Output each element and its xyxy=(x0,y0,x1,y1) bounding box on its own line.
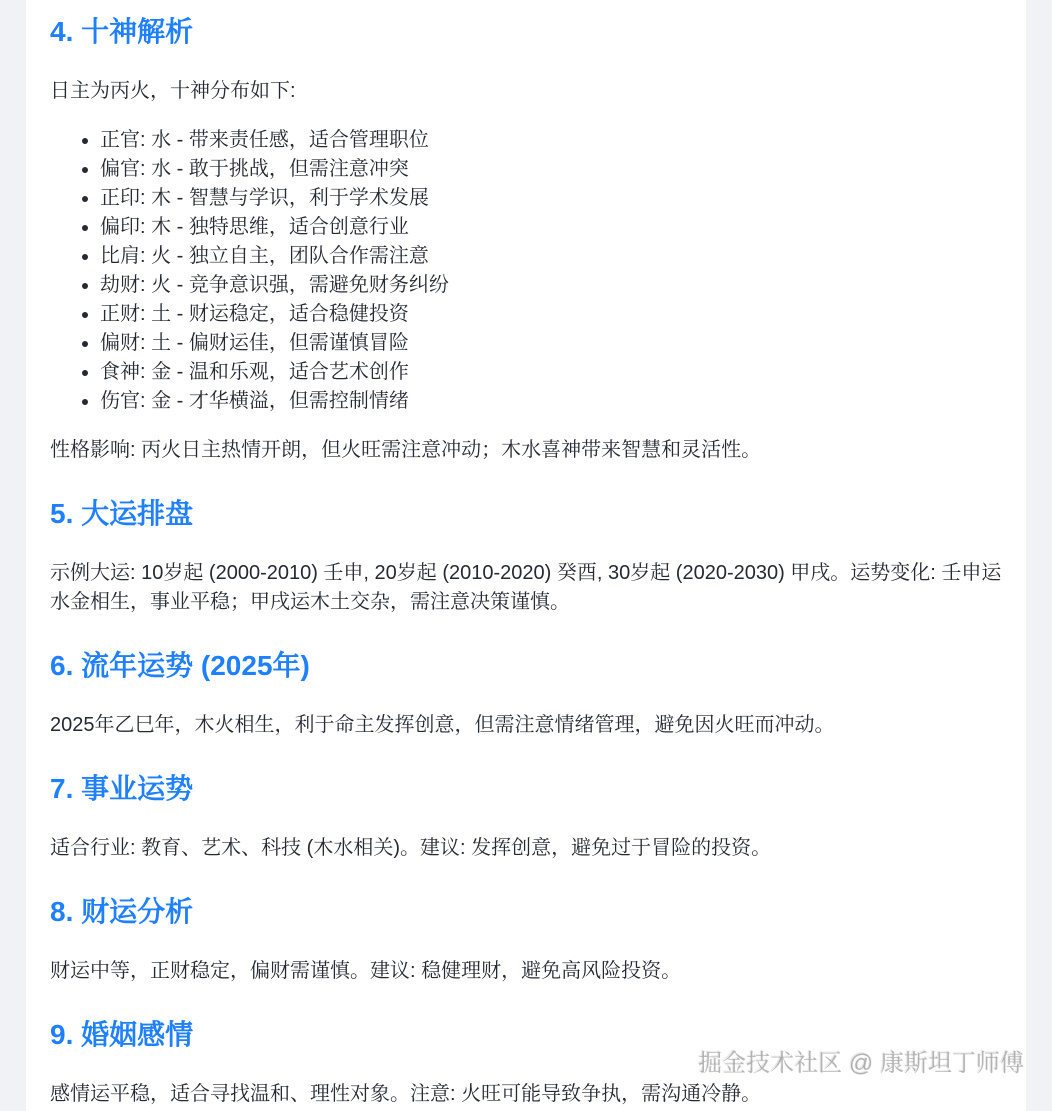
ten-gods-item: 偏官: 水 - 敢于挑战，但需注意冲突 xyxy=(100,155,1002,184)
ten-gods-item: 食神: 金 - 温和乐观，适合艺术创作 xyxy=(100,358,1002,387)
career-body: 适合行业: 教育、艺术、科技 (木水相关)。建议: 发挥创意，避免过于冒险的投资… xyxy=(50,834,1002,863)
section-heading-wealth: 8. 财运分析 xyxy=(50,894,1002,930)
watermark: 掘金技术社区 @ 康斯坦丁师傅 xyxy=(698,1049,1024,1079)
ten-gods-item: 伤官: 金 - 才华横溢，但需控制情绪 xyxy=(100,387,1002,416)
ten-gods-item: 正印: 木 - 智慧与学识，利于学术发展 xyxy=(100,184,1002,213)
ten-gods-intro: 日主为丙火，十神分布如下: xyxy=(50,77,1002,106)
ten-gods-item: 正财: 土 - 财运稳定，适合稳健投资 xyxy=(100,300,1002,329)
marriage-body: 感情运平稳，适合寻找温和、理性对象。注意: 火旺可能导致争执，需沟通冷静。 xyxy=(50,1080,1002,1109)
ten-gods-item: 偏印: 木 - 独特思维，适合创意行业 xyxy=(100,213,1002,242)
ten-gods-list: 正官: 水 - 带来责任感，适合管理职位 偏官: 水 - 敢于挑战，但需注意冲突… xyxy=(50,126,1002,416)
ten-gods-personality-summary: 性格影响: 丙火日主热情开朗，但火旺需注意冲动；木水喜神带来智慧和灵活性。 xyxy=(50,436,1002,465)
section-heading-ten-gods: 4. 十神解析 xyxy=(50,14,1002,50)
article-page: 4. 十神解析 日主为丙火，十神分布如下: 正官: 水 - 带来责任感，适合管理… xyxy=(26,0,1026,1111)
luck-cycles-body: 示例大运: 10岁起 (2000-2010) 壬申, 20岁起 (2010-20… xyxy=(50,559,1002,617)
section-heading-annual-fortune: 6. 流年运势 (2025年) xyxy=(50,648,1002,684)
section-heading-luck-cycles: 5. 大运排盘 xyxy=(50,496,1002,532)
wealth-body: 财运中等，正财稳定，偏财需谨慎。建议: 稳健理财，避免高风险投资。 xyxy=(50,957,1002,986)
annual-fortune-body: 2025年乙巳年，木火相生，利于命主发挥创意，但需注意情绪管理，避免因火旺而冲动… xyxy=(50,711,1002,740)
ten-gods-item: 正官: 水 - 带来责任感，适合管理职位 xyxy=(100,126,1002,155)
section-heading-marriage: 9. 婚姻感情 xyxy=(50,1017,1002,1053)
ten-gods-item: 比肩: 火 - 独立自主，团队合作需注意 xyxy=(100,242,1002,271)
ten-gods-item: 偏财: 土 - 偏财运佳，但需谨慎冒险 xyxy=(100,329,1002,358)
ten-gods-item: 劫财: 火 - 竞争意识强，需避免财务纠纷 xyxy=(100,271,1002,300)
section-heading-career: 7. 事业运势 xyxy=(50,771,1002,807)
